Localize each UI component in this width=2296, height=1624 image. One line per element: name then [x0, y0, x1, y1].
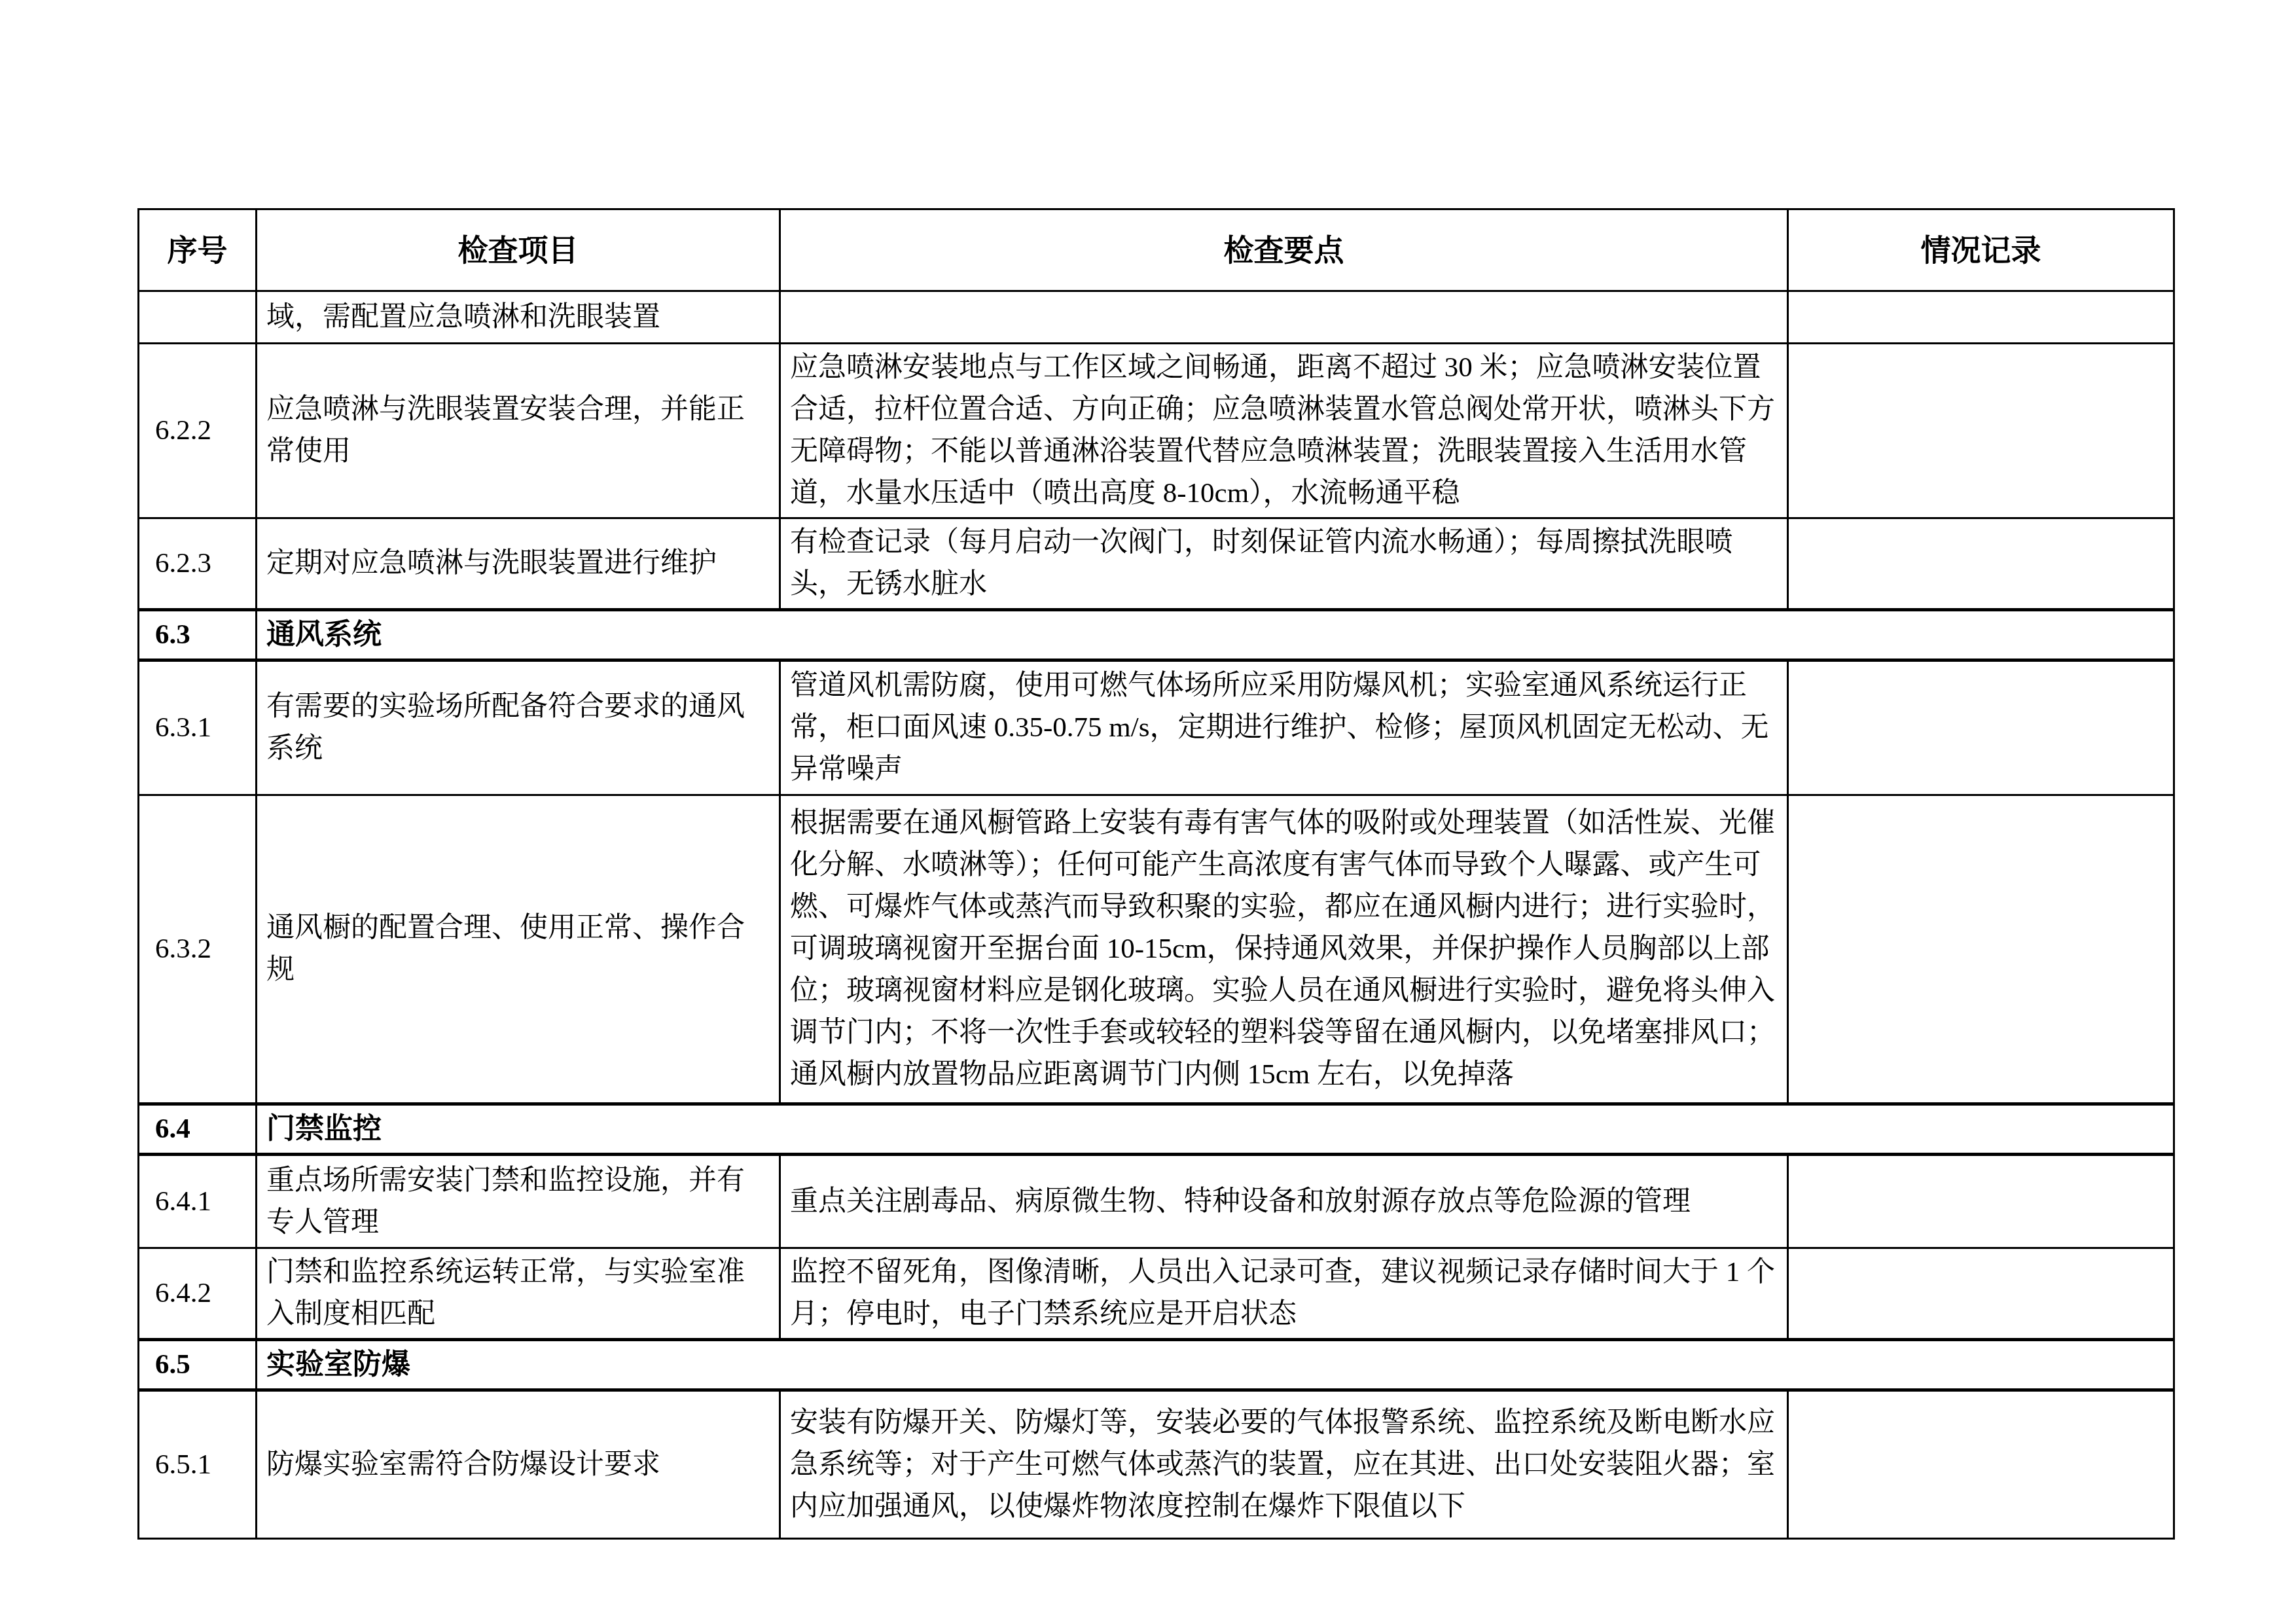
cell-item: 防爆实验室需符合防爆设计要求: [257, 1390, 780, 1539]
cell-record: [1788, 795, 2174, 1104]
section-title: 通风系统: [257, 610, 2174, 660]
cell-item: 定期对应急喷淋与洗眼装置进行维护: [257, 518, 780, 610]
section-title: 实验室防爆: [257, 1340, 2174, 1390]
cell-points: 应急喷淋安装地点与工作区域之间畅通，距离不超过 30 米；应急喷淋安装位置合适，…: [780, 344, 1788, 518]
inspection-checklist-table: 序号 检查项目 检查要点 情况记录 域，需配置应急喷淋和洗眼装置 6.2.2 应…: [137, 208, 2175, 1540]
cell-points: 重点关注剧毒品、病原微生物、特种设备和放射源存放点等危险源的管理: [780, 1155, 1788, 1248]
row-section-6-4: 6.4 门禁监控: [139, 1104, 2174, 1155]
row-6-4-2: 6.4.2 门禁和监控系统运转正常，与实验室准入制度相匹配 监控不留死角，图像清…: [139, 1248, 2174, 1340]
header-row: 序号 检查项目 检查要点 情况记录: [139, 209, 2174, 291]
cell-no: 6.3.1: [139, 660, 257, 795]
cell-item: 通风橱的配置合理、使用正常、操作合规: [257, 795, 780, 1104]
header-record: 情况记录: [1788, 209, 2174, 291]
cell-no: 6.3: [139, 610, 257, 660]
cell-record: [1788, 1248, 2174, 1340]
cell-points: 安装有防爆开关、防爆灯等，安装必要的气体报警系统、监控系统及断电断水应急系统等；…: [780, 1390, 1788, 1539]
header-points: 检查要点: [780, 209, 1788, 291]
cell-no: 6.5: [139, 1340, 257, 1390]
row-6-4-1: 6.4.1 重点场所需安装门禁和监控设施，并有专人管理 重点关注剧毒品、病原微生…: [139, 1155, 2174, 1248]
cell-points: [780, 291, 1788, 344]
cell-record: [1788, 344, 2174, 518]
cell-no: 6.2.3: [139, 518, 257, 610]
section-title: 门禁监控: [257, 1104, 2174, 1155]
cell-item: 门禁和监控系统运转正常，与实验室准入制度相匹配: [257, 1248, 780, 1340]
cell-no: 6.5.1: [139, 1390, 257, 1539]
row-6-3-1: 6.3.1 有需要的实验场所配备符合要求的通风系统 管道风机需防腐，使用可燃气体…: [139, 660, 2174, 795]
row-6-3-2: 6.3.2 通风橱的配置合理、使用正常、操作合规 根据需要在通风橱管路上安装有毒…: [139, 795, 2174, 1104]
row-section-6-5: 6.5 实验室防爆: [139, 1340, 2174, 1390]
cell-record: [1788, 1155, 2174, 1248]
table-body: 域，需配置应急喷淋和洗眼装置 6.2.2 应急喷淋与洗眼装置安装合理，并能正常使…: [139, 291, 2174, 1539]
table-header: 序号 检查项目 检查要点 情况记录: [139, 209, 2174, 291]
cell-record: [1788, 1390, 2174, 1539]
cell-no: 6.3.2: [139, 795, 257, 1104]
cell-no: [139, 291, 257, 344]
row-6-2-2: 6.2.2 应急喷淋与洗眼装置安装合理，并能正常使用 应急喷淋安装地点与工作区域…: [139, 344, 2174, 518]
row-6-2-3: 6.2.3 定期对应急喷淋与洗眼装置进行维护 有检查记录（每月启动一次阀门，时刻…: [139, 518, 2174, 610]
cell-no: 6.2.2: [139, 344, 257, 518]
cell-points: 管道风机需防腐，使用可燃气体场所应采用防爆风机；实验室通风系统运行正常，柜口面风…: [780, 660, 1788, 795]
cell-item: 有需要的实验场所配备符合要求的通风系统: [257, 660, 780, 795]
cell-item: 应急喷淋与洗眼装置安装合理，并能正常使用: [257, 344, 780, 518]
cell-record: [1788, 518, 2174, 610]
row-section-6-3: 6.3 通风系统: [139, 610, 2174, 660]
cell-points: 有检查记录（每月启动一次阀门，时刻保证管内流水畅通）；每周擦拭洗眼喷头，无锈水脏…: [780, 518, 1788, 610]
cell-points: 监控不留死角，图像清晰，人员出入记录可查，建议视频记录存储时间大于 1 个月；停…: [780, 1248, 1788, 1340]
cell-no: 6.4: [139, 1104, 257, 1155]
cell-no: 6.4.2: [139, 1248, 257, 1340]
cell-record: [1788, 660, 2174, 795]
row-continuation: 域，需配置应急喷淋和洗眼装置: [139, 291, 2174, 344]
cell-item: 域，需配置应急喷淋和洗眼装置: [257, 291, 780, 344]
header-item: 检查项目: [257, 209, 780, 291]
row-6-5-1: 6.5.1 防爆实验室需符合防爆设计要求 安装有防爆开关、防爆灯等，安装必要的气…: [139, 1390, 2174, 1539]
cell-record: [1788, 291, 2174, 344]
cell-no: 6.4.1: [139, 1155, 257, 1248]
header-no: 序号: [139, 209, 257, 291]
cell-points: 根据需要在通风橱管路上安装有毒有害气体的吸附或处理装置（如活性炭、光催化分解、水…: [780, 795, 1788, 1104]
cell-item: 重点场所需安装门禁和监控设施，并有专人管理: [257, 1155, 780, 1248]
